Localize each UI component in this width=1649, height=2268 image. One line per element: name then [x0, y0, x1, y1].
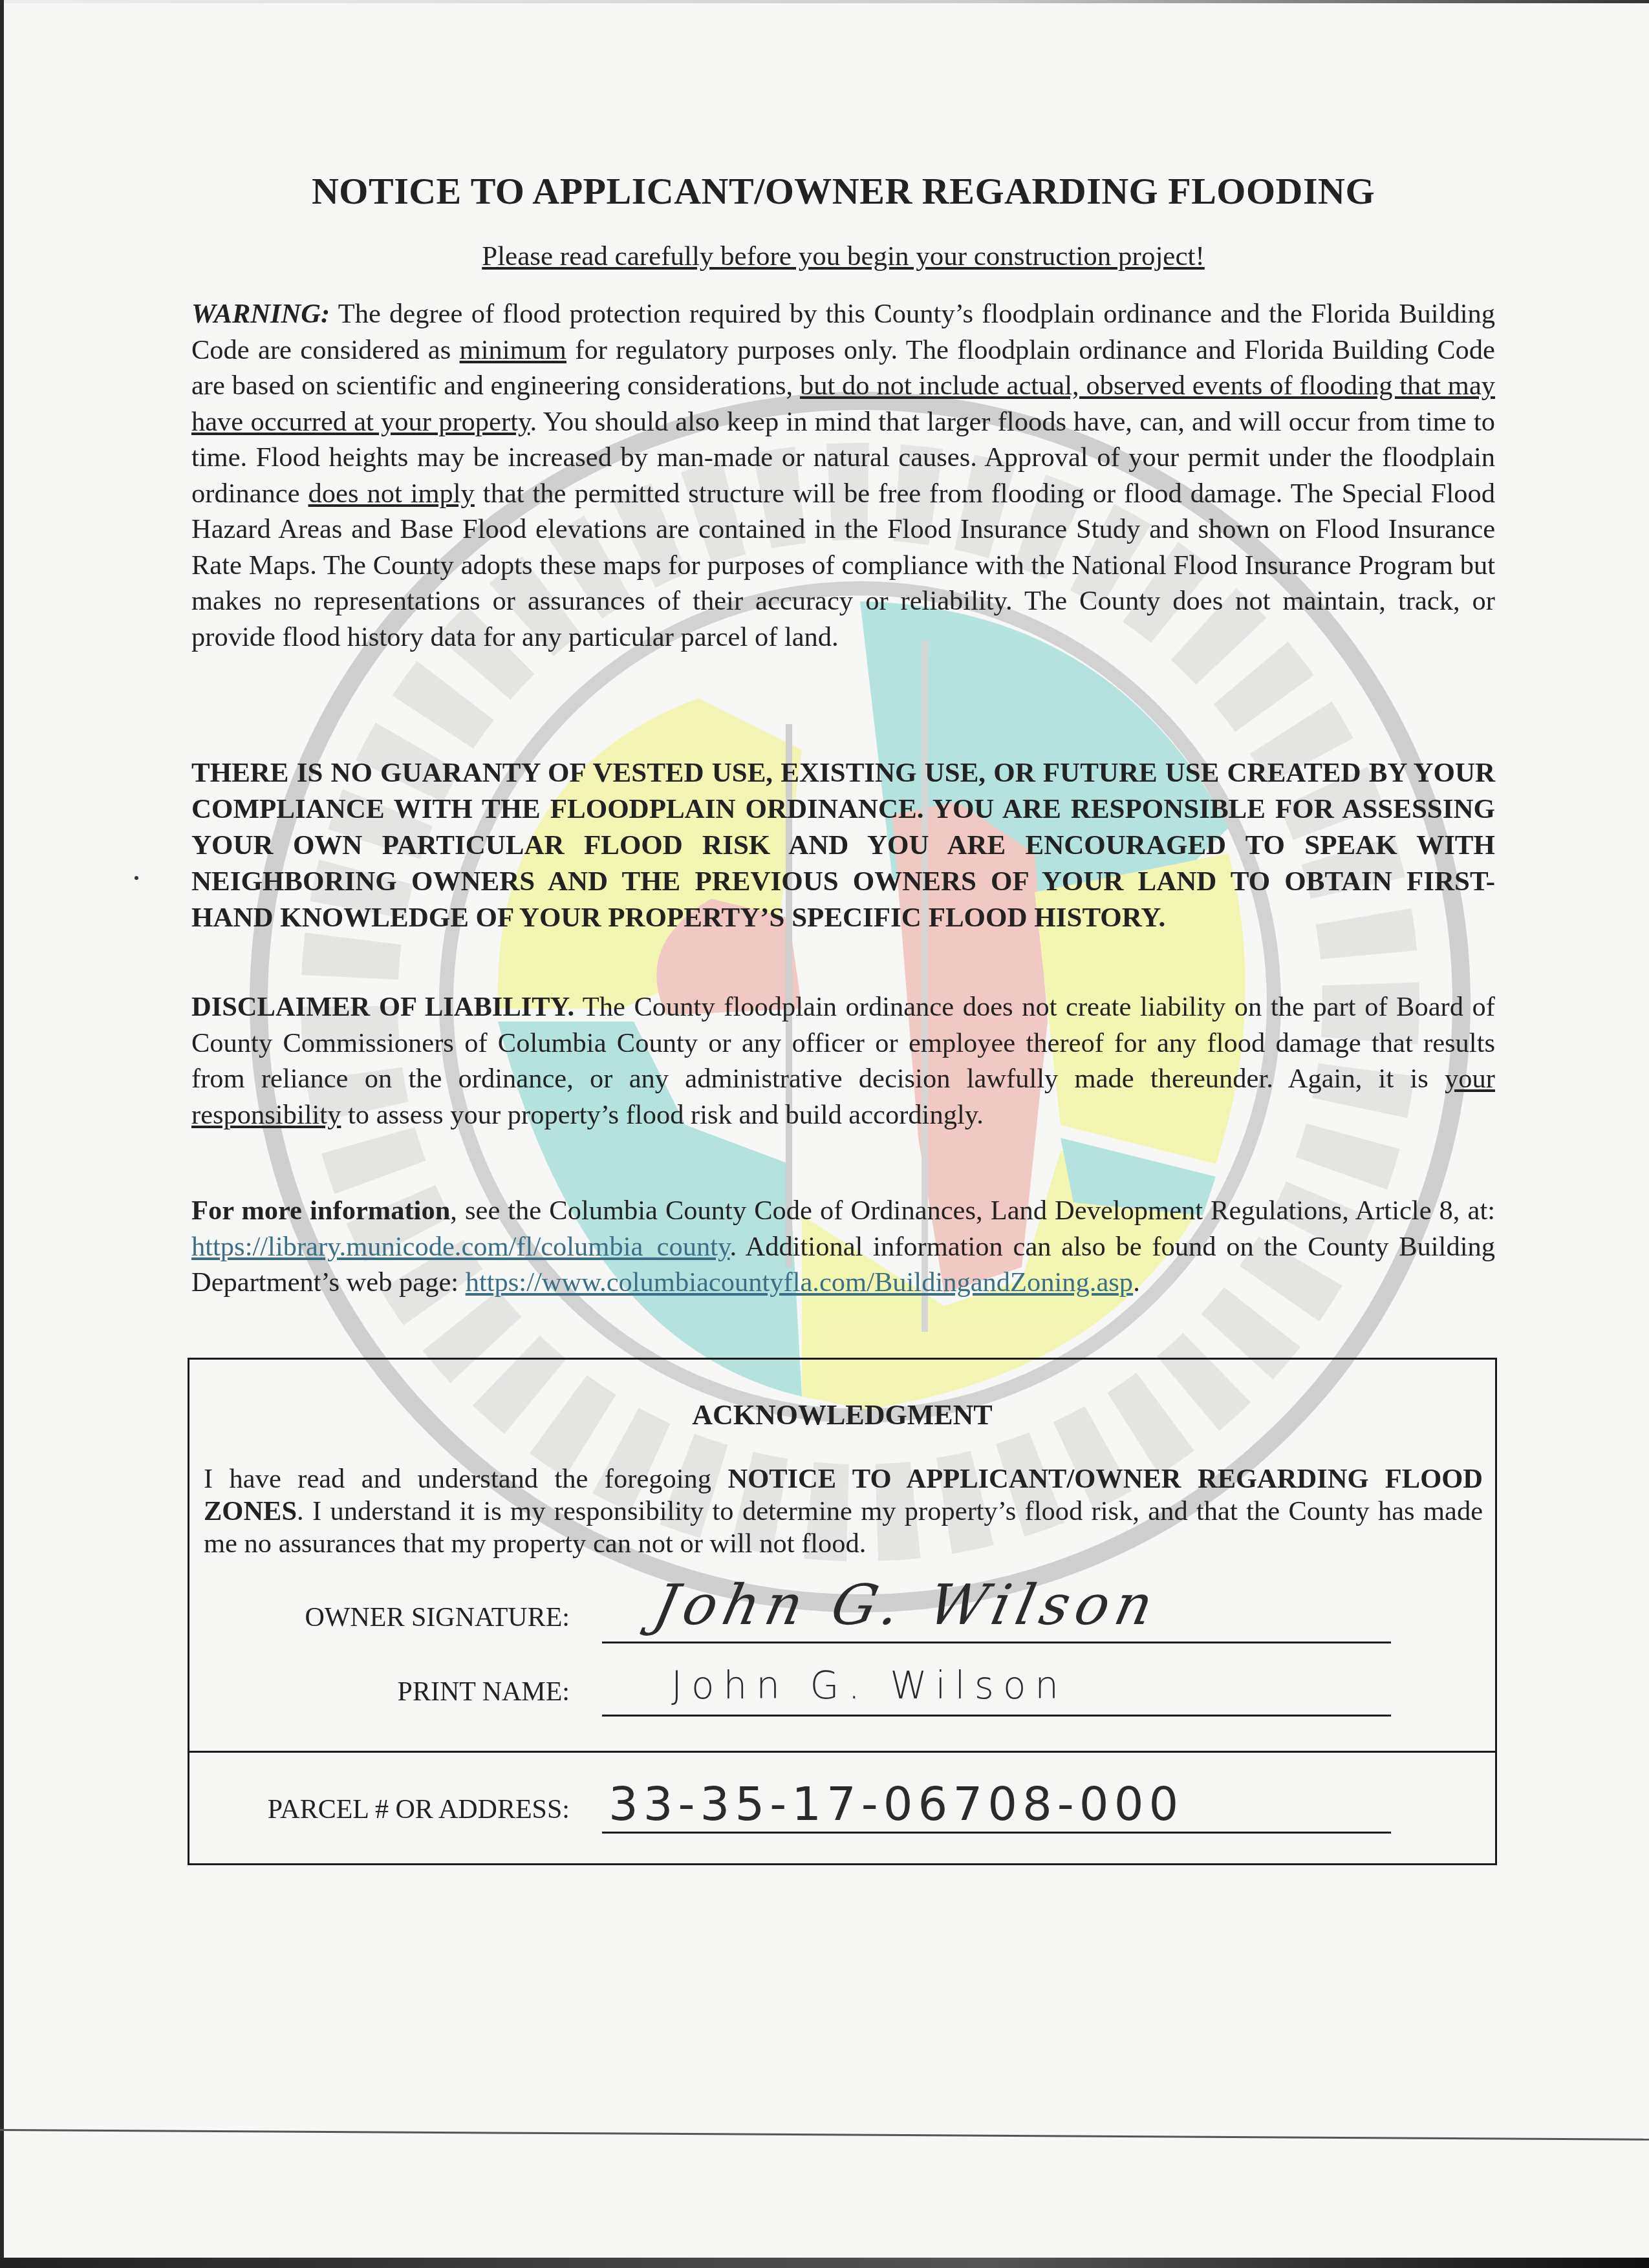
more-info-label: For more information — [191, 1195, 450, 1226]
municode-link[interactable]: https://library.municode.com/fl/columbia… — [191, 1232, 730, 1262]
acknowledgment-text-part: I have read and understand the foregoing — [204, 1464, 727, 1494]
acknowledgment-title: ACKNOWLEDGMENT — [189, 1398, 1495, 1431]
print-name-field[interactable]: John G. Wilson — [671, 1664, 1068, 1707]
parcel-field[interactable]: 33-35-17-06708-000 — [609, 1777, 1183, 1831]
scan-edge-top — [0, 0, 1649, 3]
page-subtitle: Please read carefully before you begin y… — [191, 241, 1495, 272]
more-info-paragraph: For more information, see the Columbia C… — [191, 1193, 1495, 1301]
warning-label: WARNING: — [191, 299, 330, 329]
disclaimer-paragraph: DISCLAIMER OF LIABILITY. The County floo… — [191, 989, 1495, 1133]
disclaimer-text: to assess your property’s flood risk and… — [341, 1100, 983, 1130]
paper-fold-line — [0, 2129, 1649, 2141]
parcel-label: PARCEL # OR ADDRESS: — [182, 1794, 570, 1825]
guaranty-paragraph: THERE IS NO GUARANTY OF VESTED USE, EXIS… — [191, 755, 1495, 936]
scan-edge-left — [0, 0, 4, 2268]
warning-paragraph: WARNING: The degree of flood protection … — [191, 296, 1495, 655]
acknowledgment-divider — [189, 1751, 1495, 1753]
scan-speck — [135, 876, 138, 880]
print-name-line — [602, 1715, 1391, 1717]
print-name-label: PRINT NAME: — [182, 1676, 570, 1707]
more-info-text: . — [1133, 1267, 1140, 1298]
acknowledgment-text: I have read and understand the foregoing… — [204, 1463, 1483, 1560]
acknowledgment-text-part: . I understand it is my responsibility t… — [204, 1496, 1483, 1559]
building-zoning-link[interactable]: https://www.columbiacountyfla.com/Buildi… — [466, 1267, 1133, 1298]
scan-edge-bottom — [0, 2258, 1649, 2268]
owner-signature-label: OWNER SIGNATURE: — [182, 1602, 570, 1633]
owner-signature-field[interactable]: John G. Wilson — [648, 1573, 1165, 1638]
acknowledgment-box: ACKNOWLEDGMENT I have read and understan… — [188, 1358, 1497, 1865]
warning-emphasis: does not imply — [308, 478, 475, 509]
parcel-line — [602, 1832, 1391, 1834]
warning-emphasis: minimum — [460, 335, 566, 365]
more-info-text: , see the Columbia County Code of Ordina… — [450, 1195, 1495, 1226]
disclaimer-label: DISCLAIMER OF LIABILITY. — [191, 992, 574, 1022]
owner-signature-line — [602, 1642, 1391, 1643]
page-title: NOTICE TO APPLICANT/OWNER REGARDING FLOO… — [191, 169, 1495, 213]
